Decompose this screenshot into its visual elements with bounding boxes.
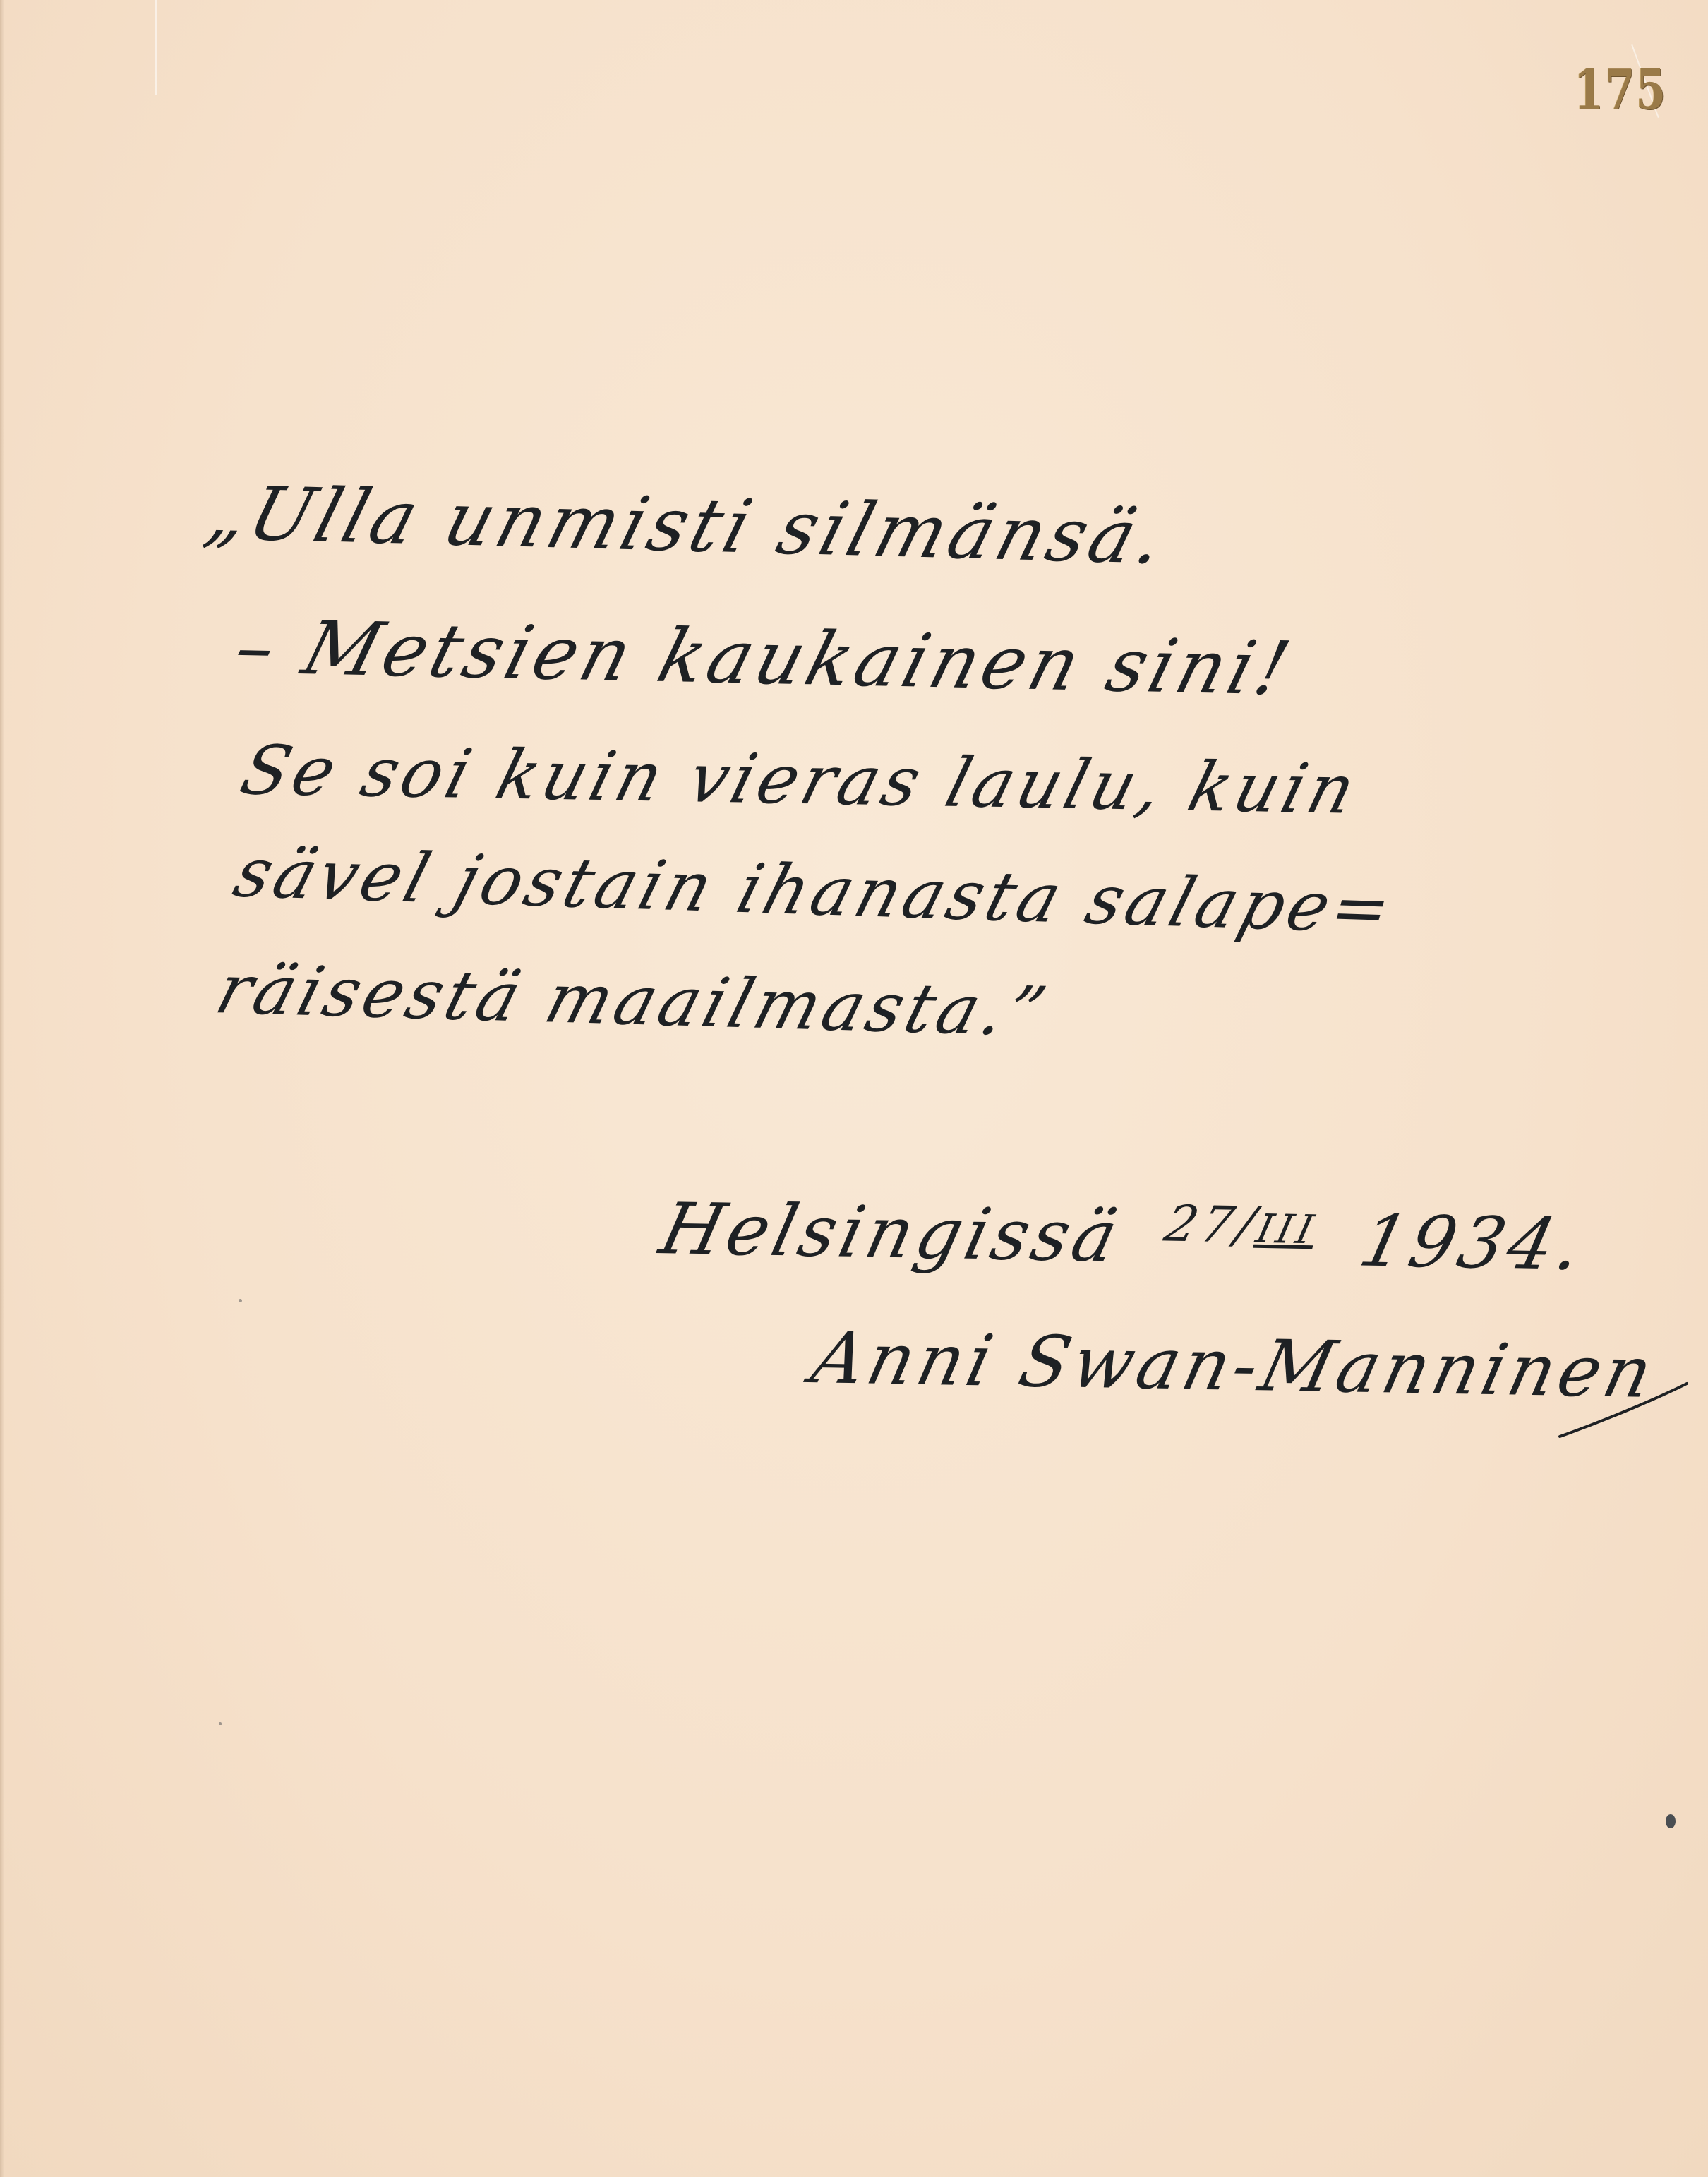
- date-fraction: 27/III: [1160, 1194, 1324, 1255]
- text-line-4: sävel jostain ihanasta salape=: [226, 833, 1405, 949]
- ink-speck: [219, 1722, 222, 1725]
- signature: Anni Swan-Manninen: [805, 1317, 1664, 1414]
- date-day: 27: [1160, 1194, 1244, 1254]
- manuscript-page: 175 „Ulla unmisti silmänsä. – Metsien ka…: [0, 0, 1708, 2177]
- page-number: 175: [1574, 58, 1667, 122]
- ink-speck: [239, 1299, 242, 1302]
- place-and-date: Helsingissä 27/III 1934.: [653, 1186, 1594, 1286]
- page-edge-shadow: [0, 0, 4, 2177]
- paper-crease: [155, 0, 157, 95]
- date-month: III: [1252, 1206, 1322, 1253]
- text-line-3: Se soi kuin vieras laulu, kuin: [233, 731, 1368, 829]
- date-year: 1934.: [1352, 1199, 1594, 1286]
- text-line-2: – Metsien kaukainen sini!: [226, 604, 1302, 712]
- ink-speck: [1666, 1814, 1676, 1828]
- signature-flourish-icon: [1553, 1377, 1701, 1440]
- text-line-5: räisestä maailmasta.”: [208, 949, 1058, 1052]
- text-line-1: „Ulla unmisti silmänsä.: [198, 469, 1178, 581]
- place-name: Helsingissä: [653, 1187, 1129, 1278]
